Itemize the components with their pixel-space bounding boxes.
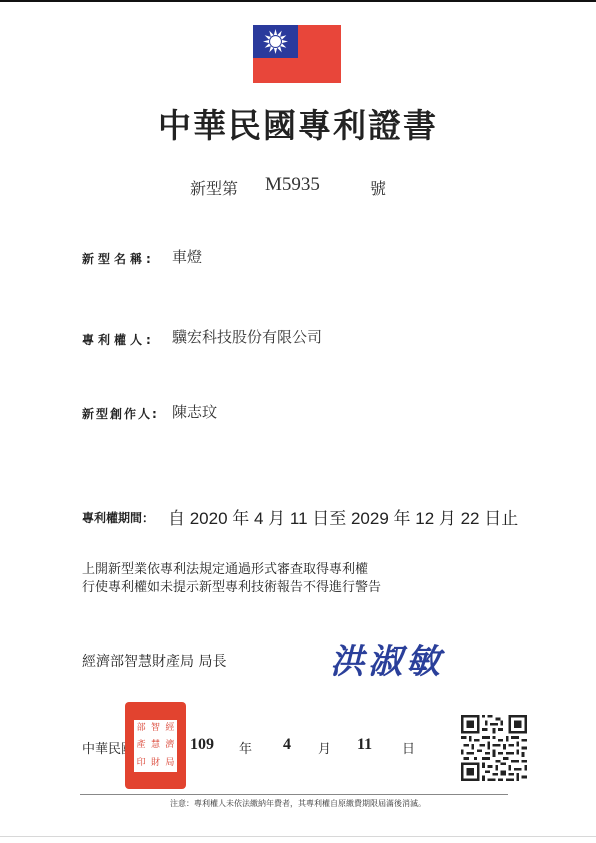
patent-period-value: 自 2020 年 4 月 11 日至 2029 年 12 月 22 日止 bbox=[168, 504, 518, 529]
patent-period-label: 專利權期間： bbox=[82, 509, 154, 526]
seal-char: 部 bbox=[134, 720, 148, 737]
bottom-border bbox=[0, 836, 596, 837]
issue-date-day: 11 bbox=[357, 736, 372, 754]
seal-char: 局 bbox=[163, 755, 177, 772]
field-label-patentee: 專利權人: bbox=[82, 331, 155, 348]
notice-line-1: 上開新型業依專利法規定通過形式審查取得專利權 bbox=[82, 558, 368, 577]
field-label-utility-model-name: 新型名稱: bbox=[82, 250, 155, 267]
footer-divider bbox=[80, 794, 508, 795]
seal-char: 慧 bbox=[148, 737, 162, 754]
issue-date-day-unit: 日 bbox=[402, 738, 415, 757]
issue-date-month-unit: 月 bbox=[318, 738, 331, 757]
certificate-title: 中華民國專利證書 bbox=[0, 100, 596, 147]
patent-number-suffix: 號 bbox=[370, 176, 386, 199]
white-sun-icon bbox=[263, 29, 288, 54]
seal-char: 智 bbox=[148, 720, 162, 737]
seal-char: 產 bbox=[134, 737, 148, 754]
notice-line-2: 行使專利權如未提示新型專利技術報告不得進行警告 bbox=[82, 576, 381, 595]
issue-date-year: 109 bbox=[190, 736, 214, 754]
official-seal: 部 智 經 產 慧 濟 印 財 局 bbox=[125, 702, 186, 789]
patent-number-prefix: 新型第 bbox=[190, 176, 238, 199]
field-value-creator: 陳志玟 bbox=[172, 401, 217, 422]
roc-flag-icon bbox=[253, 25, 341, 83]
field-value-utility-model-name: 車燈 bbox=[172, 246, 202, 267]
qr-code-icon[interactable] bbox=[461, 715, 527, 781]
field-label-creator: 新型創作人: bbox=[82, 405, 159, 422]
patent-number: M5935 bbox=[265, 174, 320, 196]
seal-char: 財 bbox=[148, 755, 162, 772]
top-border bbox=[0, 0, 596, 2]
seal-inscription: 部 智 經 產 慧 濟 印 財 局 bbox=[134, 720, 177, 772]
field-value-patentee: 驥宏科技股份有限公司 bbox=[172, 326, 322, 347]
seal-char: 印 bbox=[134, 755, 148, 772]
director-signature: 洪淑敏 bbox=[330, 634, 444, 683]
issuer-title: 經濟部智慧財產局 局長 bbox=[82, 651, 226, 671]
flag-canton bbox=[253, 25, 298, 58]
footnote: 注意：專利權人未依法繳納年費者，其專利權自原繳費期限屆滿後消滅。 bbox=[0, 798, 596, 809]
issue-date-month: 4 bbox=[283, 736, 291, 754]
seal-char: 經 bbox=[163, 720, 177, 737]
issue-date-year-unit: 年 bbox=[239, 738, 252, 757]
seal-char: 濟 bbox=[163, 737, 177, 754]
